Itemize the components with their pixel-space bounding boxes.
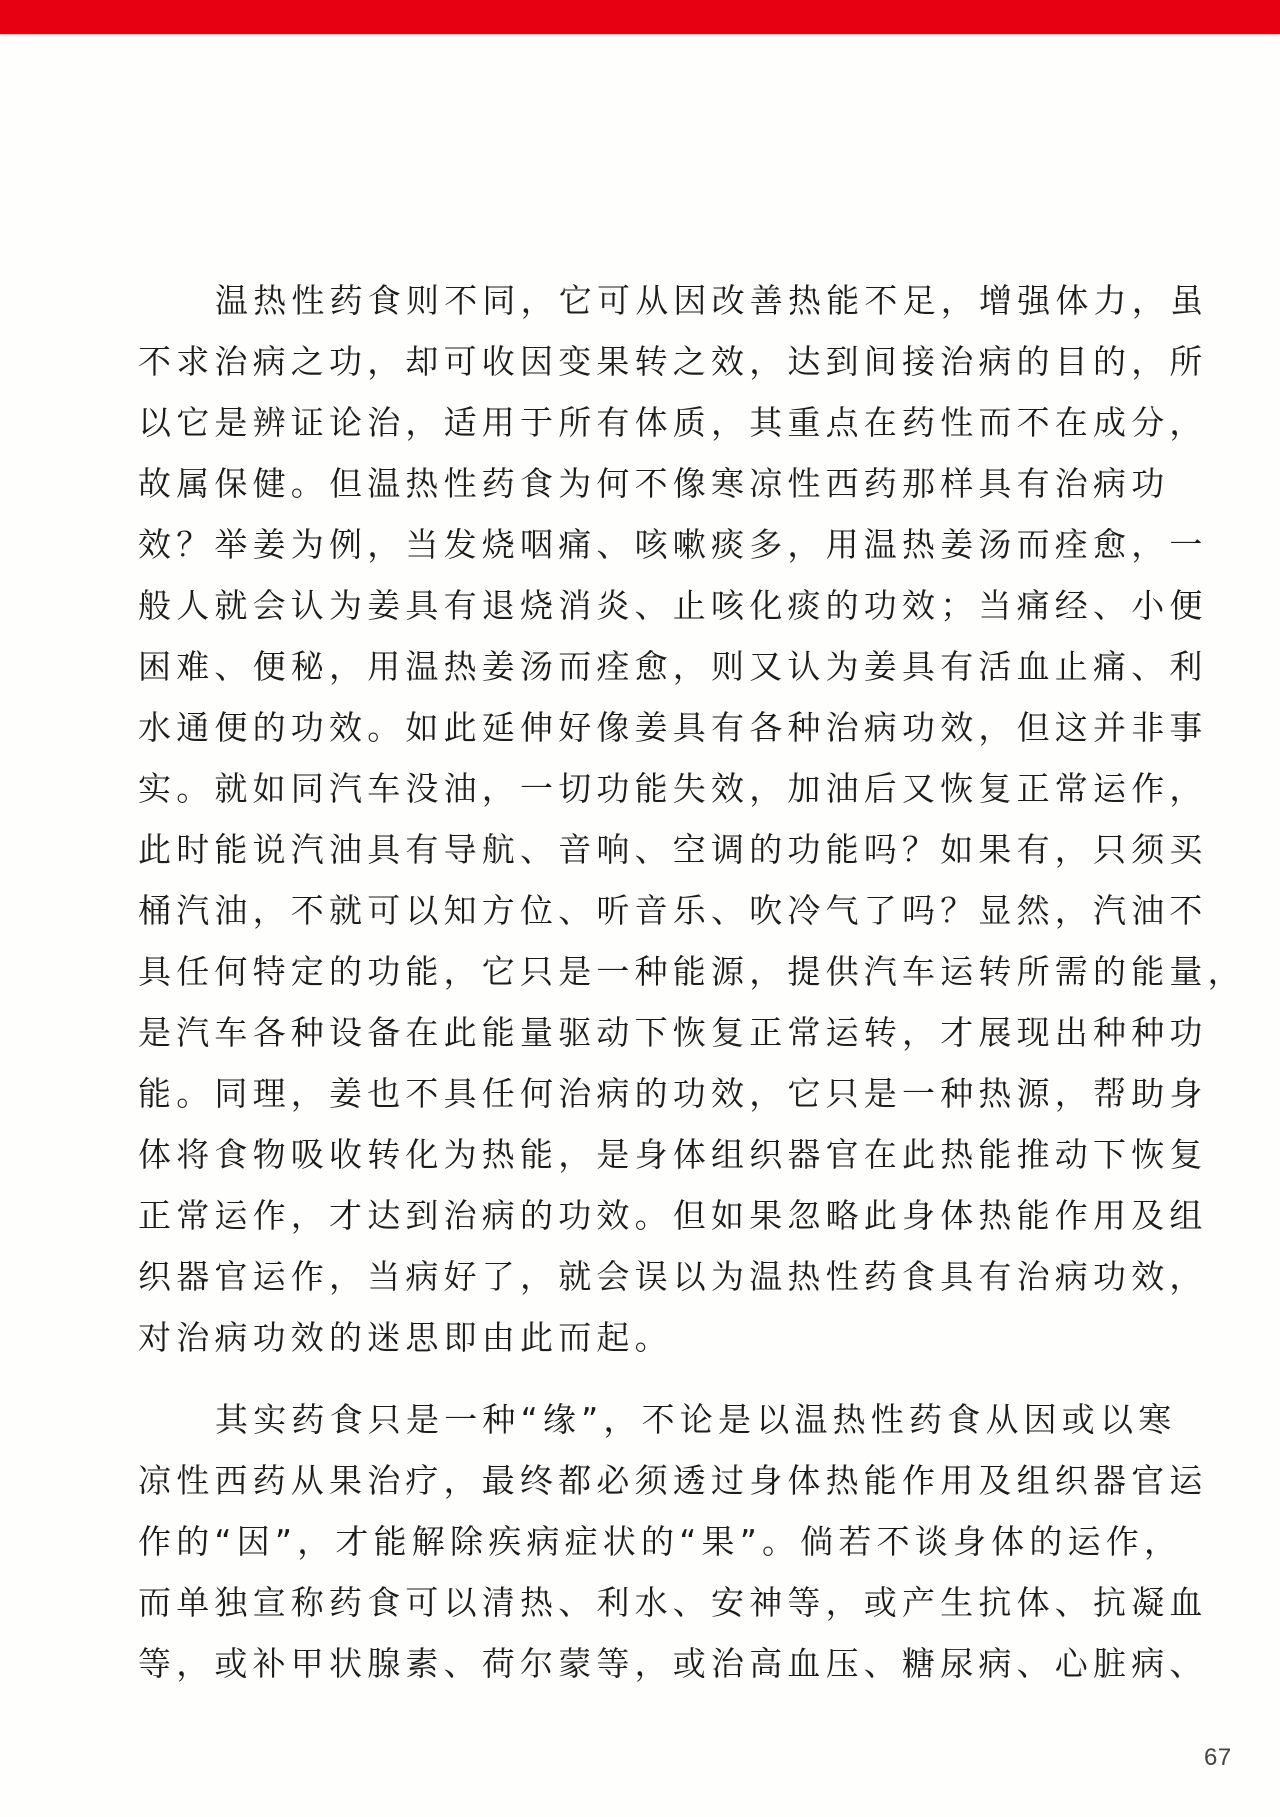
text-line: 凉性西药从果治疗，最终都必须透过身体热能作用及组织器官运 xyxy=(138,1450,1148,1511)
text-line: 水通便的功效。如此延伸好像姜具有各种治病功效，但这并非事 xyxy=(138,697,1148,758)
text-line: 不求治病之功，却可收因变果转之效，达到间接治病的目的，所 xyxy=(138,331,1148,392)
text-line: 桶汽油，不就可以知方位、听音乐、吹冷气了吗？显然，汽油不 xyxy=(138,880,1148,941)
text-line: 困难、便秘，用温热姜汤而痊愈，则又认为姜具有活血止痛、利 xyxy=(138,636,1148,697)
text-line: 其实药食只是一种“缘”，不论是以温热性药食从因或以寒 xyxy=(138,1389,1148,1450)
text-line: 能。同理，姜也不具任何治病的功效，它只是一种热源，帮助身 xyxy=(138,1063,1148,1124)
text-line: 作的“因”，才能解除疾病症状的“果”。倘若不谈身体的运作， xyxy=(138,1511,1148,1572)
text-line: 故属保健。但温热性药食为何不像寒凉性西药那样具有治病功 xyxy=(138,453,1148,514)
text-line: 体将食物吸收转化为热能，是身体组织器官在此热能推动下恢复 xyxy=(138,1124,1148,1185)
text-line: 是汽车各种设备在此能量驱动下恢复正常运转，才展现出种种功 xyxy=(138,1002,1148,1063)
text-line: 实。就如同汽车没油，一切功能失效，加油后又恢复正常运作， xyxy=(138,758,1148,819)
paragraph-1: 温热性药食则不同，它可从因改善热能不足，增强体力，虽 不求治病之功，却可收因变果… xyxy=(138,270,1148,1368)
text-line: 温热性药食则不同，它可从因改善热能不足，增强体力，虽 xyxy=(138,270,1148,331)
text-line: 等，或补甲状腺素、荷尔蒙等，或治高血压、糖尿病、心脏病、 xyxy=(138,1633,1148,1694)
text-line: 对治病功效的迷思即由此而起。 xyxy=(138,1307,1148,1368)
text-line: 具任何特定的功能，它只是一种能源，提供汽车运转所需的能量， xyxy=(138,941,1148,1002)
text-line: 效？举姜为例，当发烧咽痛、咳嗽痰多，用温热姜汤而痊愈，一 xyxy=(138,514,1148,575)
paragraph-2: 其实药食只是一种“缘”，不论是以温热性药食从因或以寒 凉性西药从果治疗，最终都必… xyxy=(138,1389,1148,1694)
text-line: 正常运作，才达到治病的功效。但如果忽略此身体热能作用及组 xyxy=(138,1185,1148,1246)
text-line: 以它是辨证论治，适用于所有体质，其重点在药性而不在成分， xyxy=(138,392,1148,453)
page-body: 温热性药食则不同，它可从因改善热能不足，增强体力，虽 不求治病之功，却可收因变果… xyxy=(138,270,1148,1694)
text-line: 此时能说汽油具有导航、音响、空调的功能吗？如果有，只须买 xyxy=(138,819,1148,880)
header-color-bar xyxy=(0,0,1280,34)
page-number: 67 xyxy=(1204,1744,1232,1772)
text-line: 而单独宣称药食可以清热、利水、安神等，或产生抗体、抗凝血 xyxy=(138,1572,1148,1633)
text-line: 织器官运作，当病好了，就会误以为温热性药食具有治病功效， xyxy=(138,1246,1148,1307)
text-line: 般人就会认为姜具有退烧消炎、止咳化痰的功效；当痛经、小便 xyxy=(138,575,1148,636)
